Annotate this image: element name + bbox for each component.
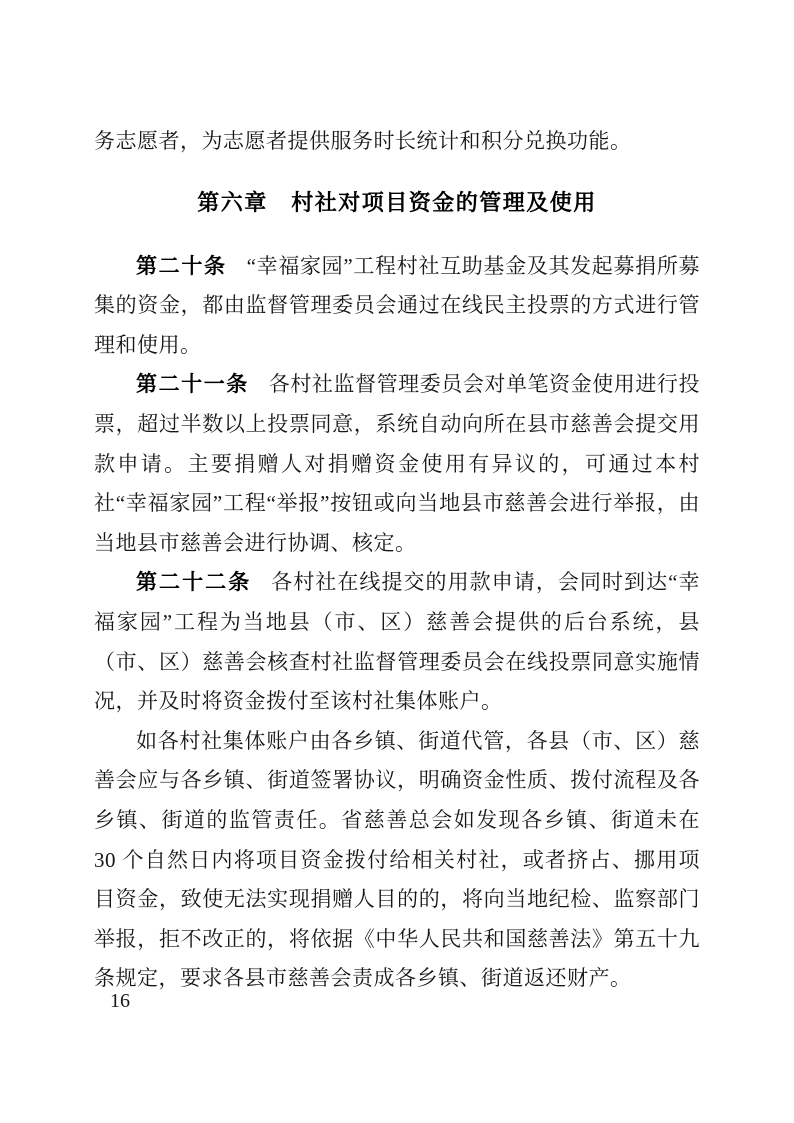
chapter-heading: 第六章 村社对项目资金的管理及使用 [94,185,700,221]
article-text: 如各村社集体账户由各乡镇、街道代管，各县（市、区）慈善会应与各乡镇、街道签署协议… [94,729,700,991]
document-page: 务志愿者，为志愿者提供服务时长统计和积分兑换功能。 第六章 村社对项目资金的管理… [0,0,794,1123]
page-number: 16 [110,986,130,1016]
article-paragraph: 第二十条“幸福家园”工程村社互助基金及其发起募捐所募集的资金，都由监督管理委员会… [94,247,700,366]
continuation-paragraph: 务志愿者，为志愿者提供服务时长统计和积分兑换功能。 [94,122,700,162]
article-paragraph: 第二十一条各村社监督管理委员会对单笔资金使用进行投票，超过半数以上投票同意，系统… [94,365,700,563]
article-paragraph: 第二十二条各村社在线提交的用款申请，会同时到达“幸福家园”工程为当地县（市、区）… [94,563,700,721]
article-number: 第二十条 [136,255,227,278]
article-number: 第二十一条 [136,373,249,396]
article-text: 各村社监督管理委员会对单笔资金使用进行投票，超过半数以上投票同意，系统自动向所在… [94,372,700,554]
document-body: 务志愿者，为志愿者提供服务时长统计和积分兑换功能。 第六章 村社对项目资金的管理… [94,122,700,999]
article-paragraph: 如各村社集体账户由各乡镇、街道代管，各县（市、区）慈善会应与各乡镇、街道签署协议… [94,722,700,999]
article-number: 第二十二条 [136,571,251,594]
